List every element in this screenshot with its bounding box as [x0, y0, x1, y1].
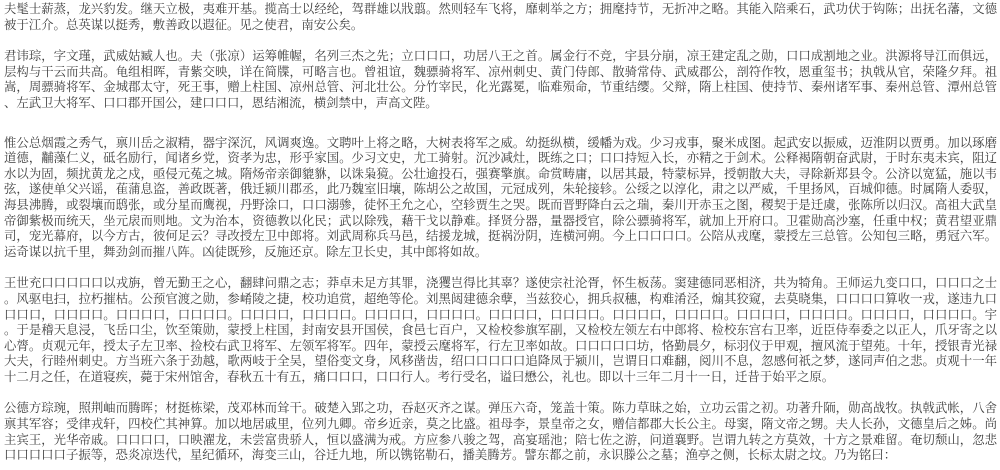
paragraph-virtues-and-epitaph-intro: 公德方琮琬，照荆岫而腾晖；材挺栋梁，茂邓林而耸干。破楚入郢之功，吞赵灭齐之谋。弹…	[4, 401, 997, 463]
paragraph-early-career: 惟公总烟霞之秀气，禀川岳之淑精，器宇深沉，风调爽逸。文聘叶上将之略，大树表将军之…	[4, 136, 997, 261]
paragraph-lineage: 君讳琮，字文瑾，武威姑臧人也。夫（张凉）运筹帷幄，名列三杰之先；立口口口，功居八…	[4, 49, 997, 111]
paragraph-campaigns-and-offices: 王世充口口口口口以戎旃，曾无勤王之心，翻肆问鼎之志；莽卓未足方其罪，浇玃岂得比其…	[4, 276, 997, 385]
document-page: 夫髦士薪蒸，龙兴豹发。继天立极，夷难开基。揽高士以经纶，驾群雄以戕翦。然则轻车飞…	[0, 0, 1000, 470]
paragraph-preamble: 夫髦士薪蒸，龙兴豹发。继天立极，夷难开基。揽高士以经纶，驾群雄以戕翦。然则轻车飞…	[4, 2, 997, 33]
